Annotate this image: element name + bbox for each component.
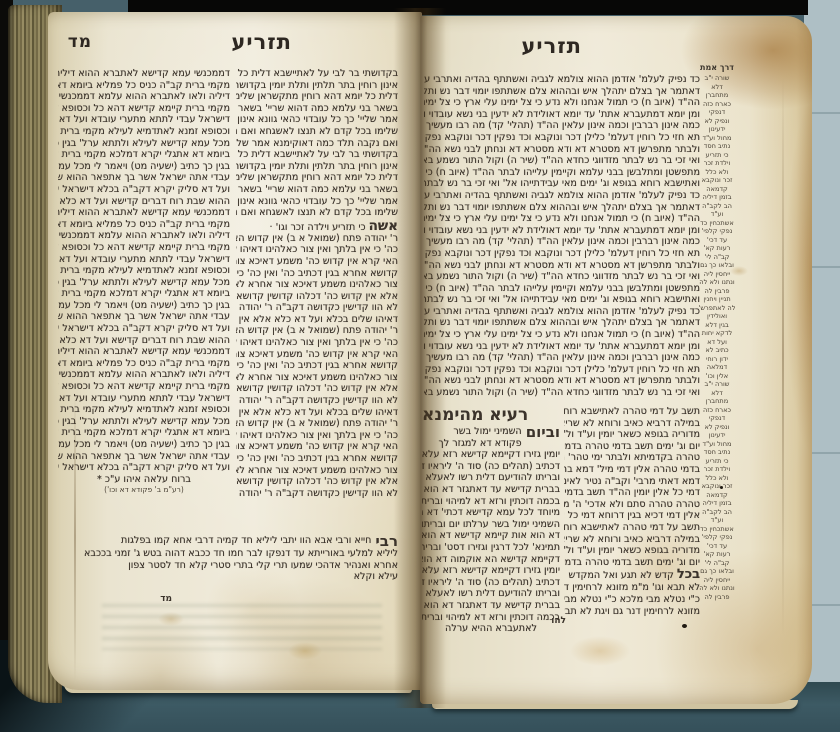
rm-ending: לאתעברא ההיא ערלה (422, 623, 560, 635)
text-line: בדמי טהרה אלין דמי מיל' דמא בתר דמי כל א… (564, 464, 700, 476)
text-line: דאיהו שלים בכלא ועל דא כלא אלא אין קדוש … (236, 314, 398, 326)
text-line: מכל עמא קדישא לעילא ולתתא ערל' בגין כך כ… (58, 138, 230, 150)
column-ending: ברוח עלאה איהו ע"כ * (58, 474, 230, 486)
text-line: ומן יומא דמתעברא אתת' עד יומא דאולידת לא… (424, 109, 700, 121)
text-line: בקדושתי בר לבי על לאתיישבא דלית כל יומא … (236, 68, 398, 80)
text-line: אמר שליי' כך כל עובדוי כהאי גוונא אינון … (236, 114, 398, 126)
left-page: מד תזריע בקדושתי בר לבי על לאתיישבא דלית… (48, 12, 422, 690)
text-line: דממכנשי עמא קדישא לאתברא ההוא דיליה ולאו… (58, 346, 230, 358)
text-line: תא חזי כל רוחין דעלמ' כלילן דכר ונוקבא ו… (424, 364, 700, 376)
text-line: לא הוו קדישין כקדושה דקב"ה ר' יהודה פתח … (236, 488, 398, 500)
text-line: דאיהו שלים בכלא ועל דא כלא אלא אין קדוש … (236, 407, 398, 419)
text-line: ליליא למלעי באורייתא עד דנפקו לבר חמו חד… (56, 548, 398, 560)
text-line: יומין גזירו דקיימא קדישא רזא עלא' ובריתו… (422, 449, 560, 461)
text-line: דיליה ולאו לאתברא ההוא עלמא דממכנשי עמא … (58, 230, 230, 242)
raaya-meheimna-column: רעיא מהימנא וביום השמיני ימול בשר פקודא … (422, 404, 560, 660)
ink-showthrough (102, 604, 382, 650)
text-line: כמה אינון רברבין וכמה אינון עלאין הה"ד (… (424, 352, 700, 364)
text-line: השמיני ימול בשר ערלתו יום ובריתו להודיעם… (422, 519, 560, 531)
text-line: מתפשטן ומתלבשן בבני עלמא וקיימין עלייהו … (424, 283, 700, 295)
rm-first-rows: וביום השמיני ימול בשר פקודא דא למגזר לך (422, 426, 560, 449)
text-line: וכסופא זמנא לאתדמיא לעילא מקמי ברית קיימ… (58, 404, 230, 416)
text-line: לא הוו קדישין כקדושה דקב"ה ר' יהודה פתח … (236, 302, 398, 314)
text-line: צור כאלהינו משמע דאיכא צור אחרא לא הוו ק… (236, 279, 398, 291)
lead-line: אשה כי תזריע וילדה זכר וגו' · (236, 219, 398, 233)
text-line: מיוחד לכל עמא קדישא דכתי' דא הוא אות קיי… (422, 507, 560, 519)
text-line: קדושא אחרא בגין דכתיב כה' ואין כה' כי אי… (236, 360, 398, 372)
text-line: דאתמר אך בצלם יתהלך איש ובההוא צלם אשתתפ… (424, 317, 700, 329)
text-line: וכסופא זמנא לאתדמיא לעילא מקמי ברית קיימ… (58, 126, 230, 138)
text-line: ביומא דא אתגלי יקרא דמלכא מקמי ברית קב"ה… (58, 427, 230, 439)
text-line: ואי זכי בר נש לבתר מזדווגי כחדא הה"ד (שי… (424, 155, 700, 167)
text-line: דא הוא אות קיימא קדישא דא הוא אות קיימא … (422, 530, 560, 542)
text-line: דלית כל יומא דהא רוחין מתקשראן שלימו בכל… (236, 91, 398, 103)
text-line: דמי כל אלין יומין הה"ד תשב בדמי דמי כל א… (564, 487, 700, 499)
text-line: ולבתר מתפרשן דא מסטרא דא ודא מסטרא דא ונ… (424, 144, 700, 156)
text-line: כד נפיק לעלמ' אזדמן ההוא צולמא לגביה ואש… (424, 74, 700, 86)
text-line: יום וג' ימים תשב בדמי טהרה בדמי דמי כל א… (564, 441, 700, 453)
right-page: תזריע דרך אמת שורה י"בדלאמתחברןכארח כזהד… (420, 16, 812, 704)
text-line: כה' כי אין בלתך ואין צור כאלהינו דאיהו ש… (236, 244, 398, 256)
lead-word-bechol: בכל (677, 568, 700, 582)
text-line: ועל דא סליק יקרא דקב"ה בכלא דישראל עבדי … (58, 184, 230, 196)
text-line: טהרה טהרה סתם ולא אדכי' ה' מדוריה בגופא … (564, 499, 700, 511)
text-line: דכתיב (תהלים כה) סוד ה' ליראיו דא הוא או… (422, 577, 560, 589)
text-line: דמא דאתי מרבי' וקב"ה נטיר לאינון מדוריה … (564, 476, 700, 488)
text-line: מקמי ברית קיימא קדישא דהא כל וכסופא זמנא… (58, 103, 230, 115)
lead-word-uvayom: וביום (526, 426, 560, 449)
text-line: ההוא שבת רוח דברים קדישא ועל דא כלא עבדי… (58, 335, 230, 347)
text-line: דיליה ולאו לאתברא ההוא עלמא דממכנשי עמא … (58, 91, 230, 103)
text-line: מכל עמא קדישא לעילא ולתתא ערל' בגין כך כ… (58, 277, 230, 289)
text-line: דישראל עבדי לתתא מתערי עובדא ועל דא סליק… (58, 114, 230, 126)
text-line: בשאר בני עלמא כמה דהוא שריי' בשאר בני על… (236, 103, 398, 115)
text-line: בכמה דוכתין ורזא דא למיהוי ובריתו להודיע… (422, 612, 560, 624)
text-line: מזונא לרחימין דנר גם ויגת לא תבא וגו' מ"… (564, 606, 700, 618)
text-line: דאתמר אך בצלם יתהלך איש ובההוא צלם אשתתפ… (424, 202, 700, 214)
stain (158, 612, 184, 626)
text-line: מדוריה בגופא כשאר יומין וע"ד ול' מדוריה … (564, 545, 700, 557)
text-line: אלא אין קדוש כה' דכלהו קדושין קדושא אחרא… (236, 291, 398, 303)
text-line: וכסופא זמנא לאתדמיא לעילא מקמי ברית קיימ… (58, 265, 230, 277)
margin-notes-header: דרך אמת (692, 62, 742, 74)
book-photograph: מד תזריע בקדושתי בר לבי על לאתיישבא דלית… (0, 0, 840, 732)
text-line: טהרה בקדמיתא ולבתר ימי טהר' מדוריה בגופא… (564, 452, 700, 464)
lead-word-rabbi: רבי (375, 534, 398, 548)
text-line: האי קרא אין קדוש כה' משמע דאיכא צור כאלה… (236, 349, 398, 361)
text-line: דיליה ולאו לאתברא ההוא עלמא דממכנשי עמא … (58, 369, 230, 381)
text-line: דממכנשי עמא קדישא לאתברא ההוא דיליה ולאו… (58, 68, 230, 80)
left-page-outer-column: דממכנשי עמא קדישא לאתברא ההוא דיליה ולאו… (58, 68, 230, 520)
text-line: מדוריה בגופא כשאר יומין וע"ד ול' מדוריה … (564, 429, 700, 441)
text-line: בשאר בני עלמא כמה דהוא שריי' בשאר בני על… (236, 184, 398, 196)
stain (288, 642, 322, 660)
text-line: דכתיב (תהלים כה) סוד ה' ליראיו דא הוא או… (422, 461, 560, 473)
text-line: בגין כך כתיב (ישעיה מט) ויאמר לי מכל עמא… (58, 439, 230, 451)
text-line: קדושא אחרא בגין דכתיב כה' ואין כה' כי אי… (236, 453, 398, 465)
text-line: כ"י נטלא מבי מלכא כ"י נטלא מבי מלכא (564, 594, 700, 606)
folio-number: מד (68, 32, 92, 52)
page-title-right: תזריע (521, 34, 582, 58)
text-line: ועל דא סליק יקרא דקב"ה בכלא דישראל עבדי … (58, 462, 230, 474)
text-line: מכל עמא קדישא לעילא ולתתא ערל' בגין כך כ… (58, 416, 230, 428)
text-line: כמה אינון רברבין וכמה אינון עלאין הה"ד (… (424, 120, 700, 132)
text-line: ולבתר מתפרשן דא מסטרא דא ודא מסטרא דא ונ… (424, 375, 700, 387)
text-line: תשב על דמי טהרה לאתישבא רוחא בגו' מדוריה… (564, 406, 700, 418)
text-line: קדושא אחרא בגין דכתיב כה' ואין כה' כי אי… (236, 268, 398, 280)
text-line: אינון רוחין בתר תלתין ותלת יומין בקדושתי… (236, 161, 398, 173)
lead-word-isha: אשה (369, 219, 398, 233)
text-line: יום וג' ימים תשב בדמי טהרה בדמי דמי כל א… (564, 557, 700, 569)
text-line: האי קרא אין קדוש כה' משמע דאיכא צור כאלה… (236, 256, 398, 268)
main-text-block: כד נפיק לעלמ' אזדמן ההוא צולמא לגביה ואש… (424, 74, 700, 402)
text-line: במילה דרביא כאיב ורוחא לא שריא דמי כל אל… (564, 534, 700, 546)
text-line: בקדושתי בר לבי על לאתיישבא דלית כל יומא … (236, 149, 398, 161)
text-line: ואם נקבה תלד כמה דאוקימנא אמר שליי' כך כ… (236, 138, 398, 150)
left-page-bottom-paragraph: רבי חייא ורבי אבא הוו יתבי ליליא חד קמיה… (56, 534, 398, 590)
text-line: דלית כל יומא דהא רוחין מתקשראן שלימו בכל… (236, 172, 398, 184)
text-line: ואתישבא רוחא בגופא וג' ימים מאי עבידתייה… (424, 178, 700, 190)
text-line: ולבתר מתפרשן דא מסטרא דא ודא מסטרא דא ונ… (424, 260, 700, 272)
text-line: תשב על דמי טהרה לאתישבא רוחא בגו' מדוריה… (564, 522, 700, 534)
text-line: יומין גזירו דקיימא קדישא רזא עלא' ובריתו… (422, 565, 560, 577)
ink-speck (682, 624, 687, 628)
page-title-left: תזריע (231, 30, 292, 54)
text-line: ר' יהודה פתח (שמואל א ב) אין קדוש האי קר… (236, 418, 398, 430)
text-line: תא חזי כל רוחין דעלמ' כלילן דכר ונוקבא ו… (424, 248, 700, 260)
text-line: צור כאלהינו משמע דאיכא צור אחרא לא הוו ק… (236, 372, 398, 384)
text-line: כמה אינון רברבין וכמה אינון עלאין הה"ד (… (424, 236, 700, 248)
left-page-inner-column: בקדושתי בר לבי על לאתיישבא דלית כל יומא … (236, 68, 398, 520)
text-line: אלין דמי דכיא בגין דרוחא דמי כל אלין יומ… (564, 510, 700, 522)
text-line: ומן יומא דמתעברא אתת' עד יומא דאולידת לא… (424, 225, 700, 237)
text-line: ואתישבא רוחא בגופא וג' ימים מאי עבידתייה… (424, 294, 700, 306)
text-line: כה' כי אין בלתך ואין צור כאלהינו דאיהו ש… (236, 337, 398, 349)
text-line: ההוא שבת רוח דברים קדישא ועל דא כלא עבדי… (58, 196, 230, 208)
text-line: כה' כי אין בלתך ואין צור כאלהינו דאיהו ש… (236, 430, 398, 442)
text-line: בכמה דוכתין ורזא דא למיהוי ובריתו להודיע… (422, 496, 560, 508)
text-line: בברית קדישא עד דאתגזר דא הוא אות קיימא ק… (422, 600, 560, 612)
reference-note: (רע"מ ב' פקודא דא וכו') (58, 485, 230, 495)
page-crease (782, 76, 784, 636)
text-line: אחרא ואנהיר אדהכי שמעו תרי קלי בתרי סטרי… (56, 560, 398, 572)
text-line: עבדי אתה ישראל אשר בך אתפאר ההוא שבת רוח… (58, 311, 230, 323)
partial-line: עילא וקלא (56, 571, 398, 583)
text-line: כד נפיק לעלמ' אזדמן ההוא צולמא לגביה ואש… (424, 306, 700, 318)
text-line: לא הוו קדישין כקדושה דקב"ה ר' יהודה פתח … (236, 395, 398, 407)
text-line: עבדי אתה ישראל אשר בך אתפאר ההוא שבת רוח… (58, 172, 230, 184)
text-line: מתפשטן ומתלבשן בבני עלמא וקיימין עלייהו … (424, 167, 700, 179)
text-line: כד נפיק לעלמ' אזדמן ההוא צולמא לגביה ואש… (424, 190, 700, 202)
text-line: ר' יהודה פתח (שמואל א ב) אין קדוש האי קר… (236, 325, 398, 337)
paragraph-first-row: רבי חייא ורבי אבא הוו יתבי ליליא חד קמיה… (56, 534, 398, 548)
text-line: ובריתו להודיעם דלית רשו לאעלא ובריתו להו… (422, 588, 560, 600)
text-line: דקיימא קדישא הא אוקמוה דא הוא אות קיימא … (422, 554, 560, 566)
text-line: בגין כך כתיב (ישעיה מט) ויאמר לי מכל עמא… (58, 300, 230, 312)
lead-line: בכל קדש לא תגע ואל המקדש (564, 568, 700, 582)
text-line: ואי זכי בר נש לבתר מזדווגי כחדא הה"ד (שי… (424, 271, 700, 283)
text-line: מקמי ברית קיימא קדישא דהא כל וכסופא זמנא… (58, 381, 230, 393)
text-line: דממכנשי עמא קדישא לאתברא ההוא דיליה ולאו… (58, 207, 230, 219)
text-line: ביומא דא אתגלי יקרא דמלכא מקמי ברית קב"ה… (58, 149, 230, 161)
text-line: אינון רוחין בתר תלתין ותלת יומין בקדושתי… (236, 80, 398, 92)
text-line: במילה דרביא כאיב ורוחא לא שריא דמי כל אל… (564, 418, 700, 430)
text-line: תא חזי כל רוחין דעלמ' כלילן דכר ונוקבא ו… (424, 132, 700, 144)
text-line: ועל דא סליק יקרא דקב"ה בכלא דישראל עבדי … (58, 323, 230, 335)
text-line: ובריתו להודיעם דלית רשו לאעלא ובריתו להו… (422, 472, 560, 484)
stain (570, 636, 630, 666)
text-line: ר' יהודה פתח (שמואל א ב) אין קדוש האי קר… (236, 233, 398, 245)
text-line: האי קרא אין קדוש כה' משמע דאיכא צור כאלה… (236, 441, 398, 453)
text-line: הה"ד (איוב ח) כי תמול אנחנו ולא נדע כי צ… (424, 213, 700, 225)
page-crease (74, 392, 76, 682)
text-line: הה"ד (איוב ח) כי תמול אנחנו ולא נדע כי צ… (424, 97, 700, 109)
text-line: דישראל עבדי לתתא מתערי עובדא ועל דא סליק… (58, 254, 230, 266)
text-line: הה"ד (איוב ח) כי תמול אנחנו ולא נדע כי צ… (424, 329, 700, 341)
ink-speck (720, 486, 723, 489)
catchword-left: מד (160, 594, 172, 604)
text-line: צור כאלהינו משמע דאיכא צור אחרא לא הוו ק… (236, 465, 398, 477)
text-line: דאתמר אך בצלם יתהלך איש ובההוא צלם אשתתפ… (424, 86, 700, 98)
text-line: ביומא דא אתגלי יקרא דמלכא מקמי ברית קב"ה… (58, 288, 230, 300)
continuation-column: תשב על דמי טהרה לאתישבא רוחא בגו' מדוריה… (564, 406, 700, 632)
text-line: ומן יומא דמתעברא אתת' עד יומא דאולידת לא… (424, 341, 700, 353)
text-line: עבדי אתה ישראל אשר בך אתפאר ההוא שבת רוח… (58, 451, 230, 463)
text-line: מקמי ברית קיימא קדישא דהא כל וכסופא זמנא… (58, 242, 230, 254)
text-line: אלא אין קדוש כה' דכלהו קדושין קדושא אחרא… (236, 383, 398, 395)
text-line: לא תבא וגו' מ"מ מזונא לרחימין דנר גם ויג… (564, 582, 700, 594)
text-line: דישראל עבדי לתתא מתערי עובדא ועל דא סליק… (58, 393, 230, 405)
text-line: מקמי ברית קב"ה כניס כל פמליא ביומא דא את… (58, 358, 230, 370)
text-line: בגין כך כתיב (ישעיה מט) ויאמר לי מכל עמא… (58, 161, 230, 173)
text-line: שלימו בכל קדם לא תנצו לאשגחא ואם נקבה תל… (236, 126, 398, 138)
text-line: אלא אין קדוש כה' דכלהו קדושין קדושא אחרא… (236, 476, 398, 488)
text-line: שלימו בכל קדם לא תנצו לאשגחא ואם נקבה תל… (236, 207, 398, 219)
text-line: ואי זכי בר נש לבתר מזדווגי כחדא הה"ד (שי… (424, 387, 700, 399)
text-line: מקמי ברית קב"ה כניס כל פמליא ביומא דא את… (58, 80, 230, 92)
text-line: אמר שליי' כך כל עובדוי כהאי גוונא אינון … (236, 196, 398, 208)
text-line: מקמי ברית קב"ה כניס כל פמליא ביומא דא את… (58, 219, 230, 231)
text-line: בברית קדישא עד דאתגזר דא הוא אות קיימא ק… (422, 484, 560, 496)
text-line: תמינא' לכל דרגין וגזירו דסט' ובריתו להוד… (422, 542, 560, 554)
